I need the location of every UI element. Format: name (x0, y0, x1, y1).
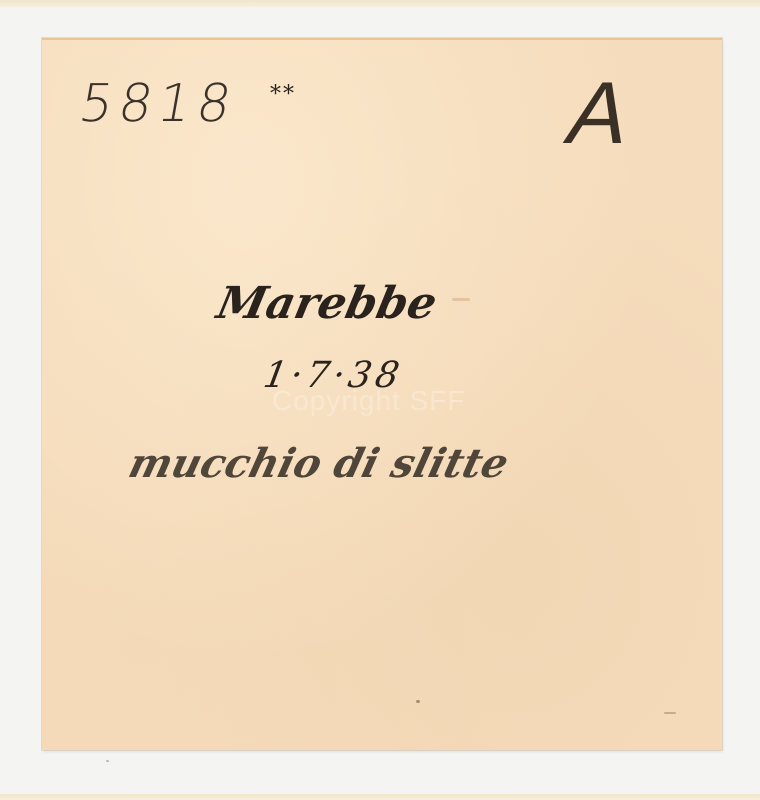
mount-edge-top (0, 0, 760, 7)
paper-speck (416, 700, 420, 703)
copyright-watermark: Copyright SFF (272, 385, 466, 417)
series-letter: A (557, 62, 642, 164)
label-card: 5818 ** A Marebbe 1·7·38 Copyright SFF m… (42, 38, 722, 750)
catalog-number: 5818 (75, 74, 242, 134)
mount-speck (106, 760, 109, 762)
catalog-marks: ** (270, 82, 296, 107)
paper-speck (664, 712, 676, 714)
paper-speck (452, 298, 470, 301)
description-text: mucchio di slitte (124, 440, 513, 487)
mount-edge-bottom (0, 794, 760, 800)
place-name: Marebbe (213, 278, 442, 329)
